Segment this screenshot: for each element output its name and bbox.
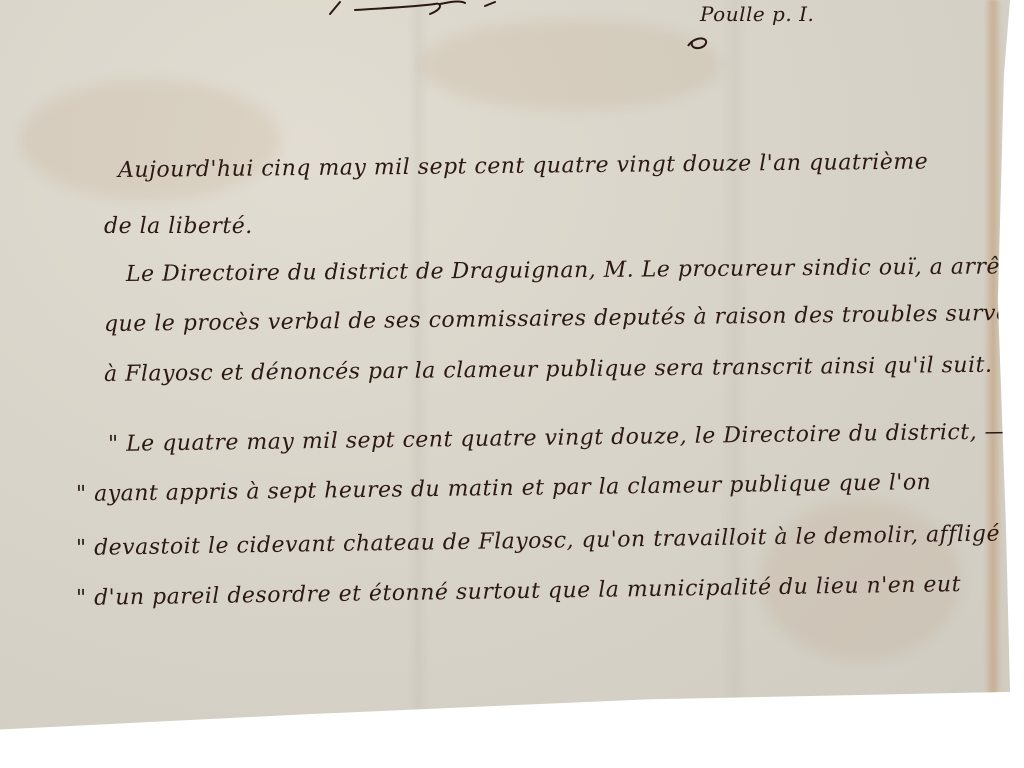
manuscript-line-5: à Flayosc et dénoncés par la clameur pub… [104,353,993,387]
folio-flourish [682,24,722,52]
paper-stain [420,20,720,110]
torn-page-edge [984,0,1002,700]
folio-mark: Poulle p. I. [700,2,814,26]
manuscript-line-4: que le procès verbal de ses commissaires… [104,300,1024,337]
manuscript-line-2: de la liberté. [104,214,253,239]
manuscript-line-7: " ayant appris à sept heures du matin et… [76,470,932,507]
manuscript-page: Poulle p. I. Aujourd'hui cinq may mil se… [0,0,1010,752]
top-flourish-mark [300,0,520,22]
manuscript-line-3: Le Directoire du district de Draguignan,… [126,254,1023,287]
manuscript-line-6: " Le quatre may mil sept cent quatre vin… [108,419,1007,457]
